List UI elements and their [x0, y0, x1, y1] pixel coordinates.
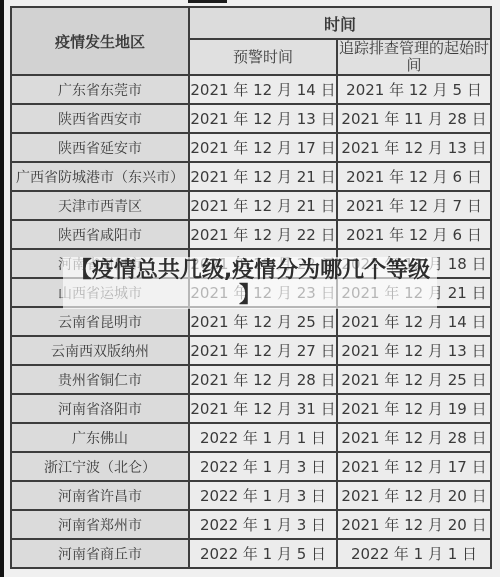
region-cell: 云南西双版纳州 [11, 336, 189, 365]
watermark-caption-line2: 】 [239, 283, 261, 308]
table-row: 云南省昆明市2021 年 12 月 25 日2021 年 12 月 14 日 [11, 307, 491, 336]
left-edge-bar [0, 0, 4, 577]
table-body: 广东省东莞市2021 年 12 月 14 日2021 年 12 月 5 日陕西省… [11, 75, 491, 568]
warning-time-header: 预警时间 [189, 39, 337, 75]
warning-time-cell: 2022 年 1 月 5 日 [189, 539, 337, 568]
region-cell: 贵州省铜仁市 [11, 365, 189, 394]
warning-time-cell: 2021 年 12 月 28 日 [189, 365, 337, 394]
tracing-start-time-cell: 2021 年 12 月 6 日 [337, 220, 491, 249]
warning-time-cell: 2021 年 12 月 27 日 [189, 336, 337, 365]
warning-time-cell: 2021 年 12 月 21 日 [189, 162, 337, 191]
tracing-start-time-cell: 2021 年 12 月 19 日 [337, 394, 491, 423]
table-row: 云南西双版纳州2021 年 12 月 27 日2021 年 12 月 13 日 [11, 336, 491, 365]
table-row: 陕西省西安市2021 年 12 月 13 日2021 年 11 月 28 日 [11, 104, 491, 133]
region-cell: 浙江宁波（北仑） [11, 452, 189, 481]
watermark-caption-overlay: 【疫情总共几级,疫情分为哪几个等级 】 [63, 257, 437, 309]
tracing-start-time-cell: 2021 年 12 月 13 日 [337, 133, 491, 162]
table-row: 河南省洛阳市2021 年 12 月 31 日2021 年 12 月 19 日 [11, 394, 491, 423]
table-row: 浙江宁波（北仑）2022 年 1 月 3 日2021 年 12 月 17 日 [11, 452, 491, 481]
warning-time-cell: 2021 年 12 月 25 日 [189, 307, 337, 336]
warning-time-cell: 2022 年 1 月 1 日 [189, 423, 337, 452]
region-column-header: 疫情发生地区 [11, 7, 189, 75]
tracing-start-time-cell: 2021 年 12 月 28 日 [337, 423, 491, 452]
tracing-start-time-cell: 2021 年 12 月 17 日 [337, 452, 491, 481]
table-row: 天津市西青区2021 年 12 月 21 日2021 年 12 月 7 日 [11, 191, 491, 220]
table-row: 广东省东莞市2021 年 12 月 14 日2021 年 12 月 5 日 [11, 75, 491, 104]
region-cell: 广东省东莞市 [11, 75, 189, 104]
warning-time-cell: 2021 年 12 月 31 日 [189, 394, 337, 423]
warning-time-cell: 2022 年 1 月 3 日 [189, 481, 337, 510]
top-edge-mark [188, 0, 227, 3]
region-cell: 广东佛山 [11, 423, 189, 452]
table-row: 广西省防城港市（东兴市）2021 年 12 月 21 日2021 年 12 月 … [11, 162, 491, 191]
region-cell: 河南省商丘市 [11, 539, 189, 568]
tracing-start-time-cell: 2021 年 12 月 20 日 [337, 481, 491, 510]
table-row: 河南省许昌市2022 年 1 月 3 日2021 年 12 月 20 日 [11, 481, 491, 510]
tracing-start-time-cell: 2021 年 12 月 7 日 [337, 191, 491, 220]
region-cell: 陕西省延安市 [11, 133, 189, 162]
table-row: 广东佛山2022 年 1 月 1 日2021 年 12 月 28 日 [11, 423, 491, 452]
tracing-start-time-cell: 2021 年 12 月 20 日 [337, 510, 491, 539]
region-cell: 云南省昆明市 [11, 307, 189, 336]
region-cell: 河南省洛阳市 [11, 394, 189, 423]
table-row: 陕西省咸阳市2021 年 12 月 22 日2021 年 12 月 6 日 [11, 220, 491, 249]
table-row: 河南省郑州市2022 年 1 月 3 日2021 年 12 月 20 日 [11, 510, 491, 539]
table-row: 陕西省延安市2021 年 12 月 17 日2021 年 12 月 13 日 [11, 133, 491, 162]
warning-time-cell: 2022 年 1 月 3 日 [189, 510, 337, 539]
region-cell: 广西省防城港市（东兴市） [11, 162, 189, 191]
watermark-caption-line1: 【疫情总共几级,疫情分为哪几个等级 [70, 258, 430, 283]
time-group-header: 时间 [189, 7, 491, 39]
warning-time-cell: 2021 年 12 月 17 日 [189, 133, 337, 162]
table-row: 贵州省铜仁市2021 年 12 月 28 日2021 年 12 月 25 日 [11, 365, 491, 394]
tracing-start-time-cell: 2021 年 12 月 13 日 [337, 336, 491, 365]
region-cell: 陕西省咸阳市 [11, 220, 189, 249]
tracing-start-time-cell: 2021 年 12 月 6 日 [337, 162, 491, 191]
region-cell: 河南省许昌市 [11, 481, 189, 510]
tracing-start-time-cell: 2021 年 12 月 25 日 [337, 365, 491, 394]
warning-time-cell: 2021 年 12 月 21 日 [189, 191, 337, 220]
warning-time-cell: 2021 年 12 月 13 日 [189, 104, 337, 133]
header-row-main: 疫情发生地区 时间 [11, 7, 491, 39]
tracing-start-time-cell: 2021 年 11 月 28 日 [337, 104, 491, 133]
tracing-start-time-header: 追踪排查管理的起始时间 [337, 39, 491, 75]
tracing-start-time-cell: 2021 年 12 月 14 日 [337, 307, 491, 336]
region-cell: 河南省郑州市 [11, 510, 189, 539]
table-header: 疫情发生地区 时间 预警时间 追踪排查管理的起始时间 [11, 7, 491, 75]
table-row: 河南省商丘市2022 年 1 月 5 日2022 年 1 月 1 日 [11, 539, 491, 568]
tracing-start-time-cell: 2021 年 12 月 5 日 [337, 75, 491, 104]
region-cell: 天津市西青区 [11, 191, 189, 220]
tracing-start-time-cell: 2022 年 1 月 1 日 [337, 539, 491, 568]
region-cell: 陕西省西安市 [11, 104, 189, 133]
warning-time-cell: 2022 年 1 月 3 日 [189, 452, 337, 481]
warning-time-cell: 2021 年 12 月 22 日 [189, 220, 337, 249]
warning-time-cell: 2021 年 12 月 14 日 [189, 75, 337, 104]
